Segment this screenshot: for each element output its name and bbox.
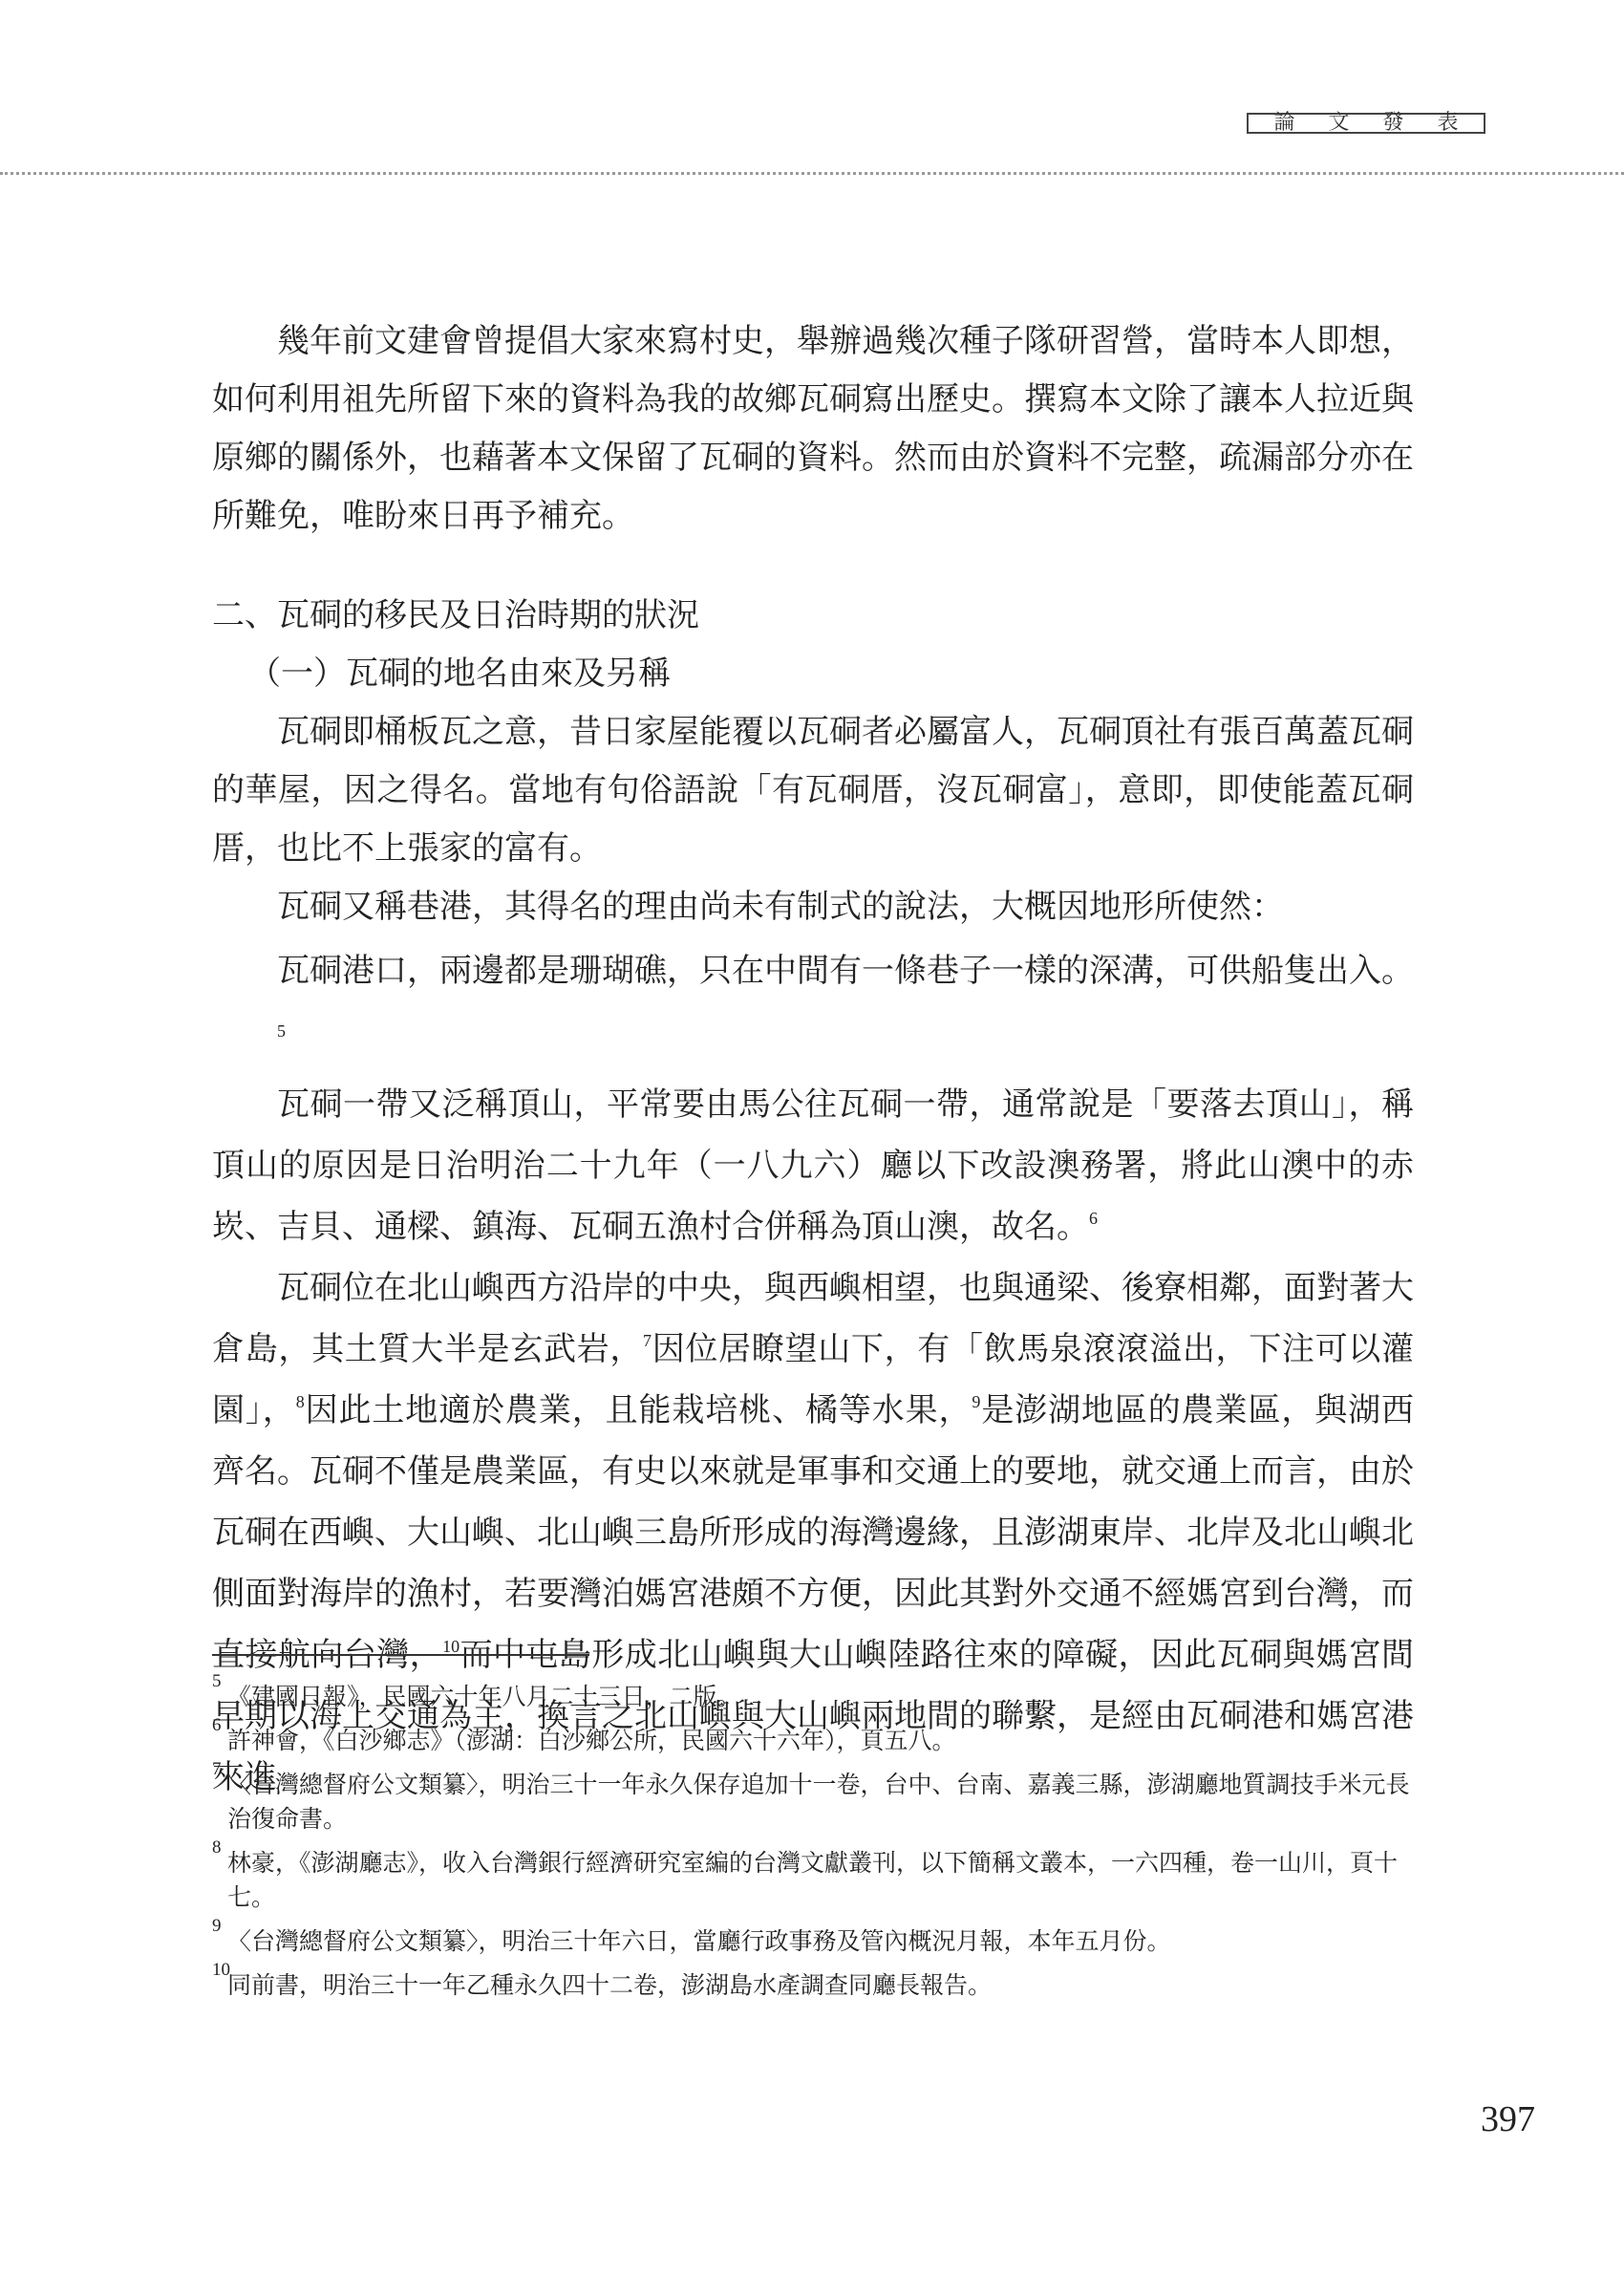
footnote-5: 5《建國日報》，民國六十年八月二十三日，二版。 (212, 1680, 1416, 1714)
header-dotted-rule (0, 172, 1624, 175)
footnote-text: 〈台灣總督府公文類纂〉，明治三十年六日，當廳行政事務及管內概況月報，本年五月份。 (227, 1927, 1171, 1955)
paragraph-place-name-origin: 瓦硐即桶板瓦之意，昔日家屋能覆以瓦硐者必屬富人，瓦硐頂社有張百萬蓋瓦硐的華屋，因… (212, 703, 1414, 878)
block-quote: 瓦硐港口，兩邊都是珊瑚礁，只在中間有一條巷子一樣的深溝，可供船隻出入。5 (212, 936, 1414, 1074)
footnote-10: 10同前書，明治三十一年乙種永久四十二卷，澎湖島水產調查同廳長報告。 (212, 1968, 1416, 2003)
paragraph-alternate-name: 瓦硐又稱巷港，其得名的理由尚未有制式的說法，大概因地形所使然： (212, 878, 1414, 936)
footnote-text: 林豪，《澎湖廳志》，收入台灣銀行經濟研究室編的台灣文獻叢刊，以下簡稱文叢本，一六… (227, 1849, 1398, 1911)
section-body: 二、瓦硐的移民及日治時期的狀況 （一）瓦硐的地名由來及另稱 瓦硐即桶板瓦之意，昔… (212, 587, 1414, 1808)
footnote-ref-5[interactable]: 5 (277, 1021, 286, 1041)
footnote-ref-6[interactable]: 6 (1089, 1209, 1098, 1228)
footnote-text: 《建國日報》，民國六十年八月二十三日，二版。 (227, 1683, 741, 1710)
footnote-number: 10 (212, 1961, 230, 1980)
footnote-ref-10[interactable]: 10 (442, 1637, 459, 1656)
intro-block: 幾年前文建會曾提倡大家來寫村史，舉辦過幾次種子隊研習營，當時本人即想，如何利用祖… (212, 312, 1414, 546)
footnote-7: 7〈台灣總督府公文類纂〉，明治三十一年永久保存追加十一卷，台中、台南、嘉義三縣，… (212, 1768, 1416, 1837)
paragraph-dingshan: 瓦硐一帶又泛稱頂山，平常要由馬公往瓦硐一帶，通常說是「要落去頂山」，稱頂山的原因… (212, 1074, 1414, 1257)
footnote-6: 6許神會，《白沙鄉志》（澎湖：白沙鄉公所，民國六十六年），頁五八。 (212, 1724, 1416, 1758)
intro-paragraph: 幾年前文建會曾提倡大家來寫村史，舉辦過幾次種子隊研習營，當時本人即想，如何利用祖… (212, 312, 1414, 546)
section-heading: 二、瓦硐的移民及日治時期的狀況 (212, 587, 1414, 645)
footnote-number: 9 (212, 1917, 222, 1936)
footnotes-list: 5《建國日報》，民國六十年八月二十三日，二版。 6許神會，《白沙鄉志》（澎湖：白… (212, 1680, 1416, 2012)
page-number: 397 (1481, 2098, 1535, 2140)
footnote-text: 〈台灣總督府公文類纂〉，明治三十一年永久保存追加十一卷，台中、台南、嘉義三縣，澎… (227, 1771, 1410, 1833)
footnote-ref-8[interactable]: 8 (296, 1392, 305, 1411)
subsection-heading: （一）瓦硐的地名由來及另稱 (212, 645, 1414, 703)
footnote-number: 7 (212, 1760, 222, 1779)
footnote-9: 9〈台灣總督府公文類纂〉，明治三十年六日，當廳行政事務及管內概況月報，本年五月份… (212, 1924, 1416, 1959)
footnote-8: 8林豪，《澎湖廳志》，收入台灣銀行經濟研究室編的台灣文獻叢刊，以下簡稱文叢本，一… (212, 1846, 1416, 1915)
section-label-box: 論 文 發 表 (1247, 113, 1485, 134)
geography-seg-3: 因此土地適於農業，且能栽培桃、橘等水果， (305, 1391, 972, 1429)
footnote-text: 同前書，明治三十一年乙種永久四十二卷，澎湖島水產調查同廳長報告。 (227, 1971, 992, 1999)
footnote-number: 6 (212, 1716, 222, 1735)
footnote-ref-7[interactable]: 7 (643, 1331, 652, 1350)
footnote-separator (212, 1654, 589, 1656)
footnote-text: 許神會，《白沙鄉志》（澎湖：白沙鄉公所，民國六十六年），頁五八。 (227, 1727, 956, 1754)
footnote-number: 5 (212, 1672, 222, 1691)
section-label: 論 文 發 表 (1274, 111, 1472, 135)
quote-text: 瓦硐港口，兩邊都是珊瑚礁，只在中間有一條巷子一樣的深溝，可供船隻出入。 (277, 952, 1414, 990)
dingshan-text: 瓦硐一帶又泛稱頂山，平常要由馬公往瓦硐一帶，通常說是「要落去頂山」，稱頂山的原因… (212, 1085, 1414, 1246)
footnote-number: 8 (212, 1838, 222, 1858)
geography-seg-4: 是澎湖地區的農業區，與湖西齊名。瓦硐不僅是農業區，有史以來就是軍事和交通上的要地… (212, 1391, 1414, 1674)
